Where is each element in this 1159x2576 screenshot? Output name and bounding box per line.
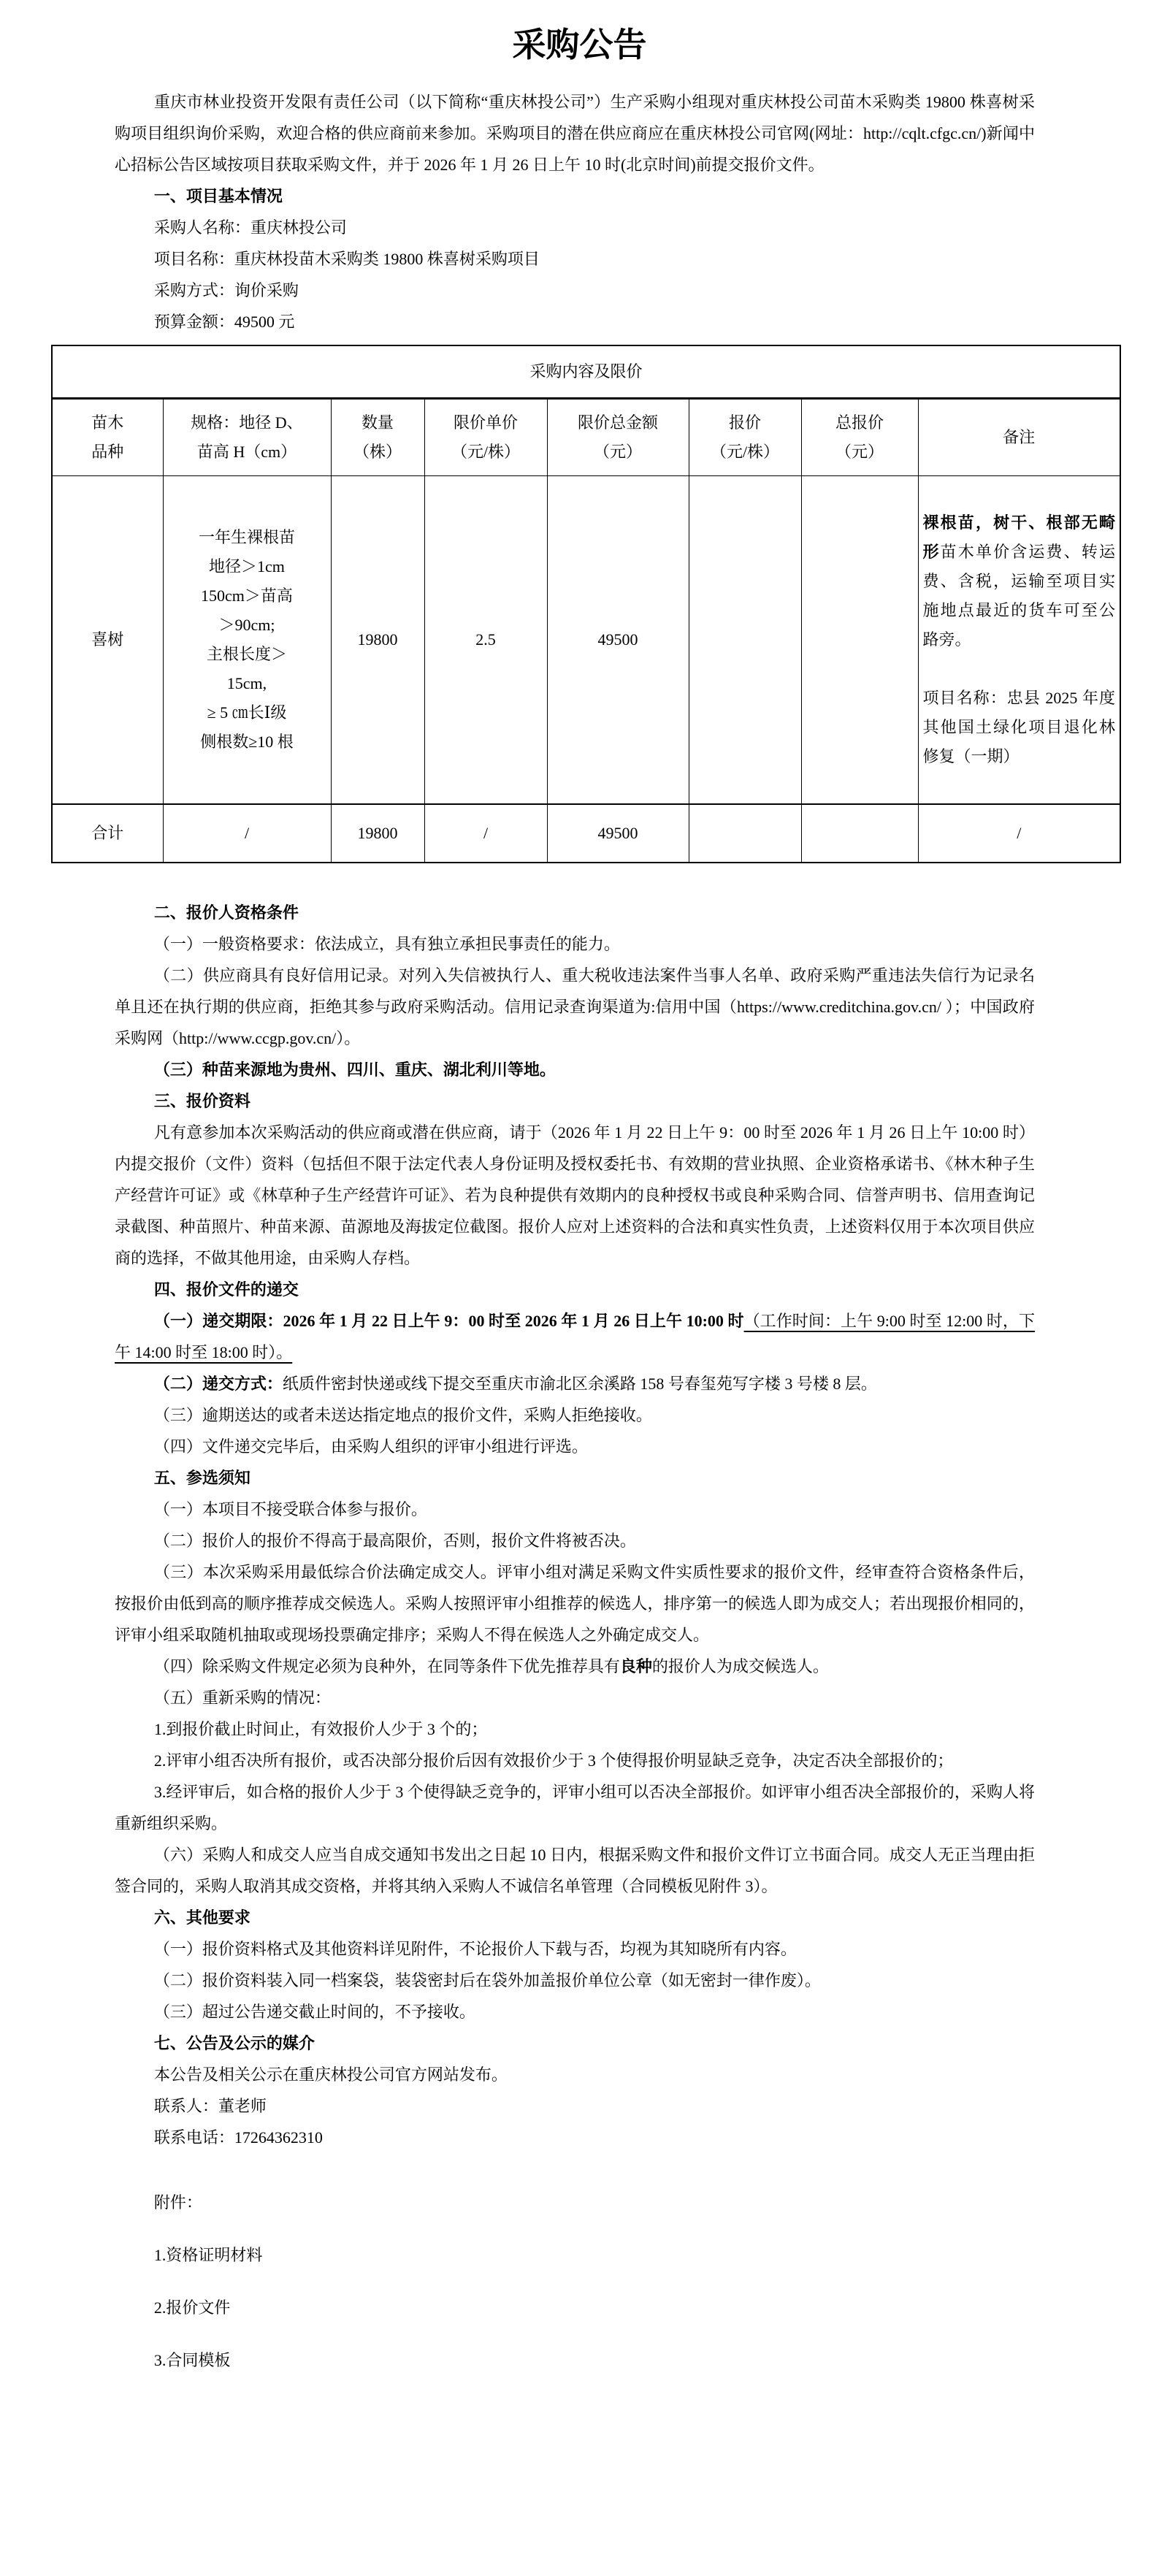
- header-remark: 备注: [918, 399, 1120, 476]
- table-row-xishu: 喜树 一年生裸根苗 地径＞1cm 150cm＞苗高 ＞90cm; 主根长度＞ 1…: [52, 476, 1120, 805]
- body-text-block: 二、报价人资格条件 （一）一般资格要求：依法成立，具有独立承担民事责任的能力。 …: [0, 897, 1159, 2376]
- cell-spec: 一年生裸根苗 地径＞1cm 150cm＞苗高 ＞90cm; 主根长度＞ 15cm…: [163, 476, 331, 805]
- budget-line: 预算金额：49500 元: [115, 306, 1035, 337]
- s5-item-4-bold: 良种: [620, 1657, 652, 1675]
- s5-item-3: （三）本次采购采用最低综合价法确定成交人。评审小组对满足采购文件实质性要求的报价…: [115, 1556, 1035, 1651]
- s4-delivery-method-label: （二）递交方式：: [154, 1375, 283, 1393]
- contact-person-line: 联系人：董老师: [115, 2090, 1035, 2122]
- header-quote: 报价 （元/株）: [689, 399, 801, 476]
- s6-item-3: （三）超过公告递交截止时间的，不予接收。: [115, 1996, 1035, 2027]
- buyer-name-line: 采购人名称：重庆林投公司: [115, 212, 1035, 243]
- cell-total-quote-empty: [801, 476, 918, 805]
- header-spec: 规格：地径 D、 苗高 H（cm）: [163, 399, 331, 476]
- s5-item-4-pre: （四）除采购文件规定必须为良种外，在同等条件下优先推荐具有: [154, 1657, 620, 1675]
- s5-item-5: （五）重新采购的情况：: [115, 1682, 1035, 1713]
- header-quantity: 数量 （株）: [331, 399, 424, 476]
- section-6-heading: 六、其他要求: [115, 1902, 1035, 1933]
- procurement-table: 采购内容及限价 苗木 品种 规格：地径 D、 苗高 H（cm） 数量 （株） 限…: [51, 345, 1121, 863]
- total-label: 合计: [52, 804, 163, 863]
- header-total-quote: 总报价 （元）: [801, 399, 918, 476]
- header-limit-total: 限价总金额 （元）: [547, 399, 689, 476]
- total-unit-price: /: [424, 804, 547, 863]
- section-2-heading: 二、报价人资格条件: [115, 897, 1035, 928]
- total-quantity: 19800: [331, 804, 424, 863]
- remark-paragraph: 裸根苗，树干、根部无畸形苗木单价含运费、转运费、含税，运输至项目实施地点最近的货…: [923, 508, 1116, 654]
- cell-species: 喜树: [52, 476, 163, 805]
- s2-item-2: （二）供应商具有良好信用记录。对列入失信被执行人、重大税收违法案件当事人名单、政…: [115, 960, 1035, 1054]
- section-5-heading: 五、参选须知: [115, 1462, 1035, 1494]
- page-title: 采购公告: [0, 22, 1159, 69]
- s4-item-1: （一）递交期限：2026 年 1 月 22 日上午 9：00 时至 2026 年…: [115, 1305, 1035, 1368]
- attachments-label: 附件：: [115, 2187, 1035, 2218]
- s4-delivery-method-text: 纸质件密封快递或线下提交至重庆市渝北区余溪路 158 号春玺苑写字楼 3 号楼 …: [283, 1375, 877, 1393]
- contact-phone-line: 联系电话：17264362310: [115, 2122, 1035, 2153]
- s3-paragraph: 凡有意参加本次采购活动的供应商或潜在供应商，请于（2026 年 1 月 22 日…: [115, 1117, 1035, 1274]
- cell-quote-empty: [689, 476, 801, 805]
- s4-deadline-bold: （一）递交期限：2026 年 1 月 22 日上午 9：00 时至 2026 年…: [154, 1312, 744, 1330]
- s6-item-2: （二）报价资料装入同一档案袋，装袋密封后在袋外加盖报价单位公章（如无密封一律作废…: [115, 1965, 1035, 1996]
- total-total-quote-empty: [801, 804, 918, 863]
- remark-rest-text: 苗木单价含运费、转运费、含税，运输至项目实施地点最近的货车可至公路旁。: [923, 543, 1116, 649]
- intro-block: 重庆市林业投资开发限有责任公司（以下简称“重庆林投公司”）生产采购小组现对重庆林…: [0, 86, 1159, 337]
- s5-item-5-sub-2: 2.评审小组否决所有报价，或否决部分报价后因有效报价少于 3 个使得报价明显缺乏…: [115, 1745, 1035, 1776]
- s5-item-4: （四）除采购文件规定必须为良种外，在同等条件下优先推荐具有良种的报价人为成交候选…: [115, 1651, 1035, 1682]
- header-species: 苗木 品种: [52, 399, 163, 476]
- s5-item-6: （六）采购人和成交人应当自成交通知书发出之日起 10 日内，根据采购文件和报价文…: [115, 1839, 1035, 1902]
- table-header-row: 苗木 品种 规格：地径 D、 苗高 H（cm） 数量 （株） 限价单价 （元/株…: [52, 399, 1120, 476]
- s5-item-5-sub-3: 3.经评审后，如合格的报价人少于 3 个使得缺乏竞争的，评审小组可以否决全部报价…: [115, 1776, 1035, 1839]
- remark-project-name: 项目名称：忠县 2025 年度其他国土绿化项目退化林修复（一期）: [923, 684, 1116, 771]
- table-total-row: 合计 / 19800 / 49500 /: [52, 804, 1120, 863]
- total-quote-empty: [689, 804, 801, 863]
- s4-item-4: （四）文件递交完毕后，由采购人组织的评审小组进行评选。: [115, 1431, 1035, 1462]
- total-spec: /: [163, 804, 331, 863]
- section-7-heading: 七、公告及公示的媒介: [115, 2027, 1035, 2059]
- s2-item-1: （一）一般资格要求：依法成立，具有独立承担民事责任的能力。: [115, 928, 1035, 960]
- s5-item-1: （一）本项目不接受联合体参与报价。: [115, 1494, 1035, 1525]
- cell-quantity: 19800: [331, 476, 424, 805]
- s4-item-3: （三）逾期送达的或者未送达指定地点的报价文件，采购人拒绝接收。: [115, 1399, 1035, 1431]
- attachment-item-2: 2.报价文件: [115, 2292, 1035, 2323]
- s6-item-1: （一）报价资料格式及其他资料详见附件，不论报价人下载与否，均视为其知晓所有内容。: [115, 1933, 1035, 1965]
- cell-limit-unit-price: 2.5: [424, 476, 547, 805]
- section-3-heading: 三、报价资料: [115, 1085, 1035, 1117]
- project-name-line: 项目名称：重庆林投苗木采购类 19800 株喜树采购项目: [115, 243, 1035, 275]
- table-caption: 采购内容及限价: [52, 345, 1120, 399]
- procurement-method-line: 采购方式：询价采购: [115, 275, 1035, 306]
- total-limit-amount: 49500: [547, 804, 689, 863]
- header-limit-unit-price: 限价单价 （元/株）: [424, 399, 547, 476]
- section-1-heading: 一、项目基本情况: [115, 180, 1035, 212]
- s5-item-2: （二）报价人的报价不得高于最高限价，否则，报价文件将被否决。: [115, 1525, 1035, 1556]
- intro-paragraph: 重庆市林业投资开发限有责任公司（以下简称“重庆林投公司”）生产采购小组现对重庆林…: [115, 86, 1035, 180]
- s5-item-4-post: 的报价人为成交候选人。: [652, 1657, 829, 1675]
- total-remark: /: [918, 804, 1120, 863]
- s2-item-3: （三）种苗来源地为贵州、四川、重庆、湖北利川等地。: [115, 1054, 1035, 1085]
- cell-remark: 裸根苗，树干、根部无畸形苗木单价含运费、转运费、含税，运输至项目实施地点最近的货…: [918, 476, 1120, 805]
- attachment-item-1: 1.资格证明材料: [115, 2239, 1035, 2271]
- cell-limit-total: 49500: [547, 476, 689, 805]
- procurement-announcement-document: 采购公告 重庆市林业投资开发限有责任公司（以下简称“重庆林投公司”）生产采购小组…: [0, 0, 1159, 2427]
- s7-publish-line: 本公告及相关公示在重庆林投公司官方网站发布。: [115, 2059, 1035, 2090]
- s4-item-2: （二）递交方式：纸质件密封快递或线下提交至重庆市渝北区余溪路 158 号春玺苑写…: [115, 1368, 1035, 1399]
- attachment-item-3: 3.合同模板: [115, 2344, 1035, 2376]
- section-4-heading: 四、报价文件的递交: [115, 1274, 1035, 1305]
- s5-item-5-sub-1: 1.到报价截止时间止，有效报价人少于 3 个的；: [115, 1713, 1035, 1745]
